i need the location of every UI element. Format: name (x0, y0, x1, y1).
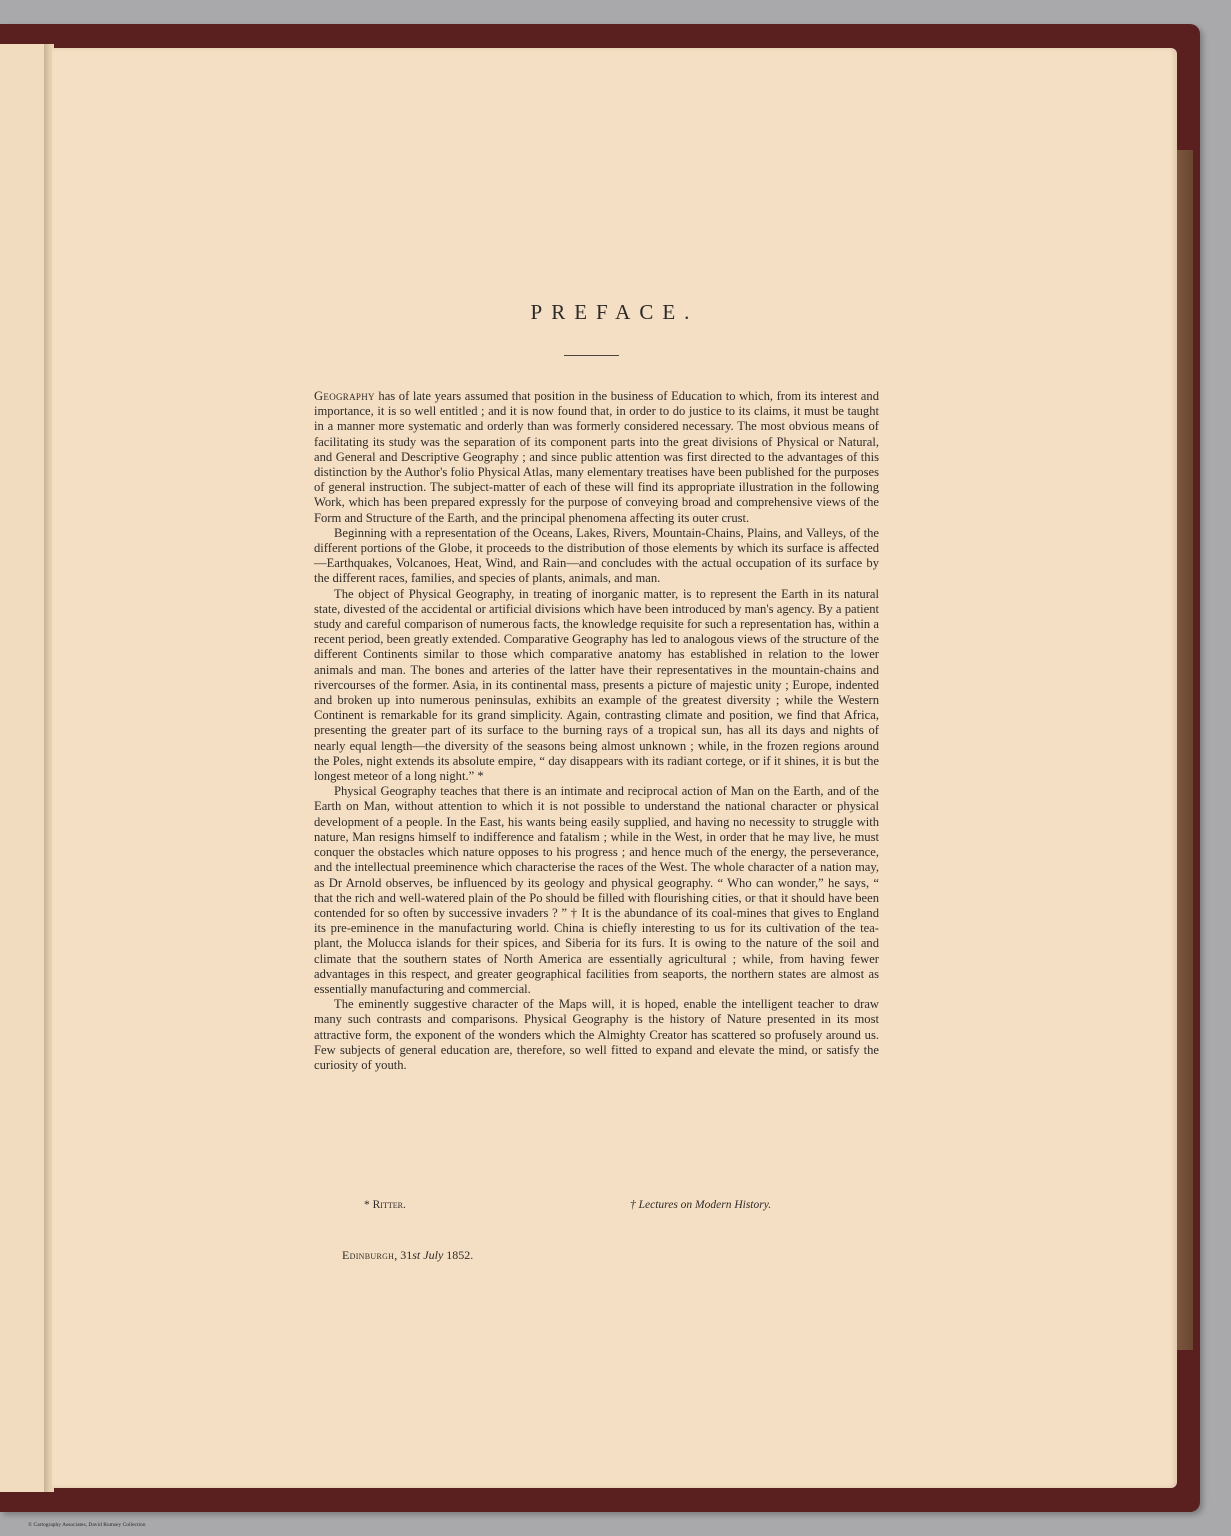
previous-page-edge (0, 44, 44, 1492)
paragraph-3: The object of Physical Geography, in tre… (314, 587, 879, 785)
place-date-signoff: Edinburgh, 31st July 1852. (342, 1248, 473, 1263)
signoff-place: Edinburgh (342, 1248, 394, 1262)
lead-word: Geography (314, 389, 375, 403)
signoff-month: July (423, 1248, 443, 1262)
title-divider (564, 355, 619, 356)
preface-body: Geography has of late years assumed that… (314, 389, 879, 1073)
paragraph-2: Beginning with a representation of the O… (314, 526, 879, 587)
paragraph-1-text: has of late years assumed that position … (314, 389, 879, 525)
signoff-day: , 31 (394, 1248, 412, 1262)
preface-page: PREFACE. Geography has of late years ass… (52, 48, 1177, 1488)
footnote-star: * Ritter. (364, 1199, 406, 1211)
paragraph-5: The eminently suggestive character of th… (314, 997, 879, 1073)
page-title: PREFACE. (52, 300, 1177, 325)
signoff-year: 1852. (443, 1248, 473, 1262)
signoff-ordinal: st (412, 1248, 420, 1262)
copyright-notice: © Cartography Associates, David Rumsey C… (28, 1522, 146, 1528)
paragraph-4: Physical Geography teaches that there is… (314, 784, 879, 997)
paragraph-1: Geography has of late years assumed that… (314, 389, 879, 526)
footnote-dagger: † Lectures on Modern History. (630, 1199, 771, 1211)
